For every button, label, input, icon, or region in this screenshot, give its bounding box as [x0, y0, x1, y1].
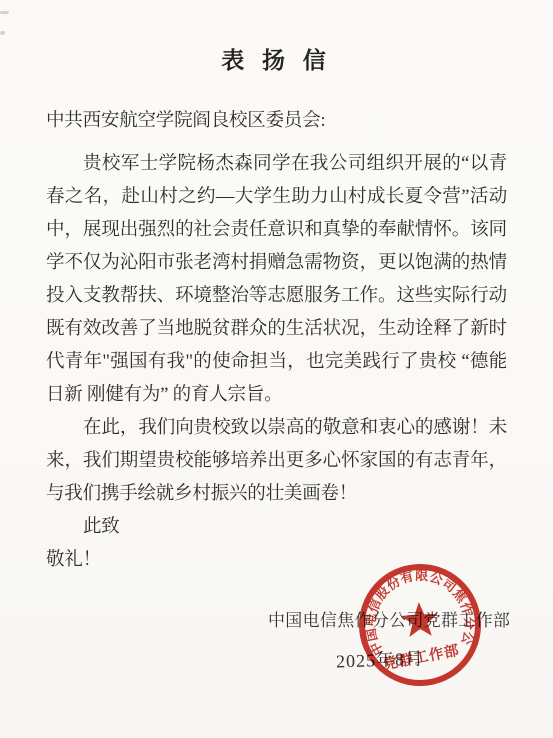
letter-body: 中共西安航空学院阎良校区委员会: 贵校军士学院杨杰森同学在我公司组织开展的“以青… — [46, 105, 507, 577]
photo-edge-artifact — [0, 11, 9, 14]
seal-ring-text: 中国电信股份有限公司焦作分公司 — [353, 558, 479, 660]
red-star-icon — [401, 601, 439, 637]
seal-bottom-text: 党群工作部 — [382, 641, 462, 673]
body-paragraph-2: 在此，我们向贵校致以崇高的敬意和衷心的感谢！未来，我们期望贵校能够培养出更多心怀… — [46, 412, 507, 511]
commendation-letter-document: 表 扬 信 中共西安航空学院阎良校区委员会: 贵校军士学院杨杰森同学在我公司组织… — [0, 0, 553, 738]
company-seal-stamp: 中国电信股份有限公司焦作分公司 党群工作部 — [353, 558, 488, 693]
salute-lead-line: 此致 — [46, 511, 507, 544]
letter-title: 表 扬 信 — [0, 0, 553, 75]
recipient-line: 中共西安航空学院阎良校区委员会: — [46, 105, 507, 138]
body-paragraph-1: 贵校军士学院杨杰森同学在我公司组织开展的“以青春之名，赴山村之约—大学生助力山村… — [46, 148, 507, 412]
photo-edge-artifact — [0, 31, 5, 35]
svg-text:中国电信股份有限公司焦作分公司: 中国电信股份有限公司焦作分公司 — [353, 558, 479, 660]
